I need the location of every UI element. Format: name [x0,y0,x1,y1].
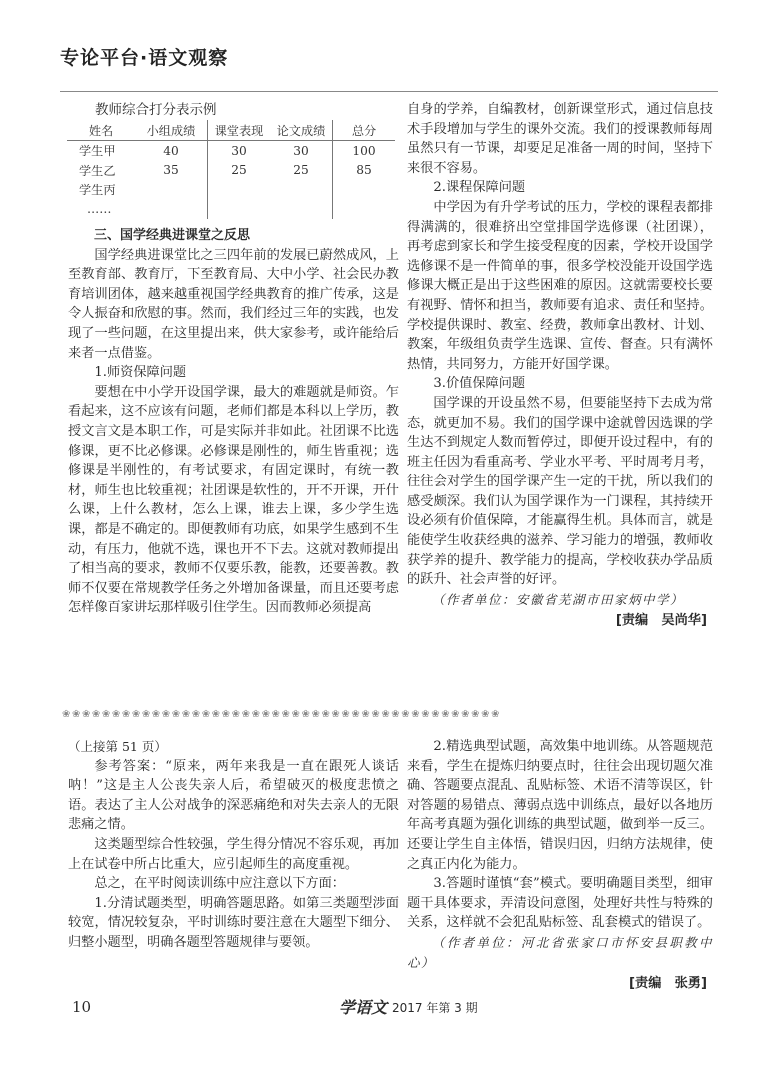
table-header: 论文成绩 [270,120,333,141]
paragraph: 国学课的开设虽然不易，但要能坚持下去成为常态，就更加不易。我们的国学课中途就曾因… [407,394,713,590]
paragraph: 这类题型综合性较强，学生得分情况不容乐观，再加上在试卷中所占比重大，应引起师生的… [68,835,399,874]
section-header-title: 专论平台·语文观察 [60,43,228,70]
page-number: 10 [72,998,91,1016]
table-row: 学生乙 35 25 25 85 [67,161,395,181]
issue-label: 2017 年第 3 期 [392,999,478,1016]
table-row: 学生丙 [67,180,395,200]
table-row: …… [67,200,395,220]
article2-right-column: 2.精选典型试题，高效集中地训练。从答题规范来看，学生在提炼归纳要点时，往往会出… [407,737,713,994]
subheading: 2.课程保障问题 [407,178,713,198]
table-header: 姓名 [67,120,135,141]
article1-right-column: 自身的学养，自编教材，创新课堂形式，通过信息技术手段增加与学生的课外交流。我们的… [407,100,713,631]
table-header: 小组成绩 [135,120,208,141]
table-row: 学生甲 40 30 30 100 [67,141,395,161]
paragraph: 参考答案：“原来，两年来我是一直在跟死人谈话呐！”这是主人公丧失亲人后，希望破灭… [68,757,399,835]
header-rule [60,91,718,92]
editor-credit: [责编 张勇] [407,974,713,994]
paragraph: 自身的学养，自编教材，创新课堂形式，通过信息技术手段增加与学生的课外交流。我们的… [407,100,713,178]
paragraph: 要想在中小学开设国学课，最大的难题就是师资。乍看起来，这不应该有问题，老师们都是… [68,383,399,618]
flower-divider: ❀❀❀❀❀❀❀❀❀❀❀❀❀❀❀❀❀❀❀❀❀❀❀❀❀❀❀❀❀❀❀❀❀❀❀❀❀❀❀❀… [62,709,718,720]
paragraph: 国学经典进课堂比之三四年前的发展已蔚然成风，上至教育部、教育厅，下至教育局、大中… [68,246,399,364]
score-table: 姓名 小组成绩 课堂表现 论文成绩 总分 学生甲 40 30 30 100 学生… [67,120,395,219]
paragraph: 中学因为有升学考试的压力，学校的课程表都排得满满的，很难挤出空堂排国学选修课（社… [407,198,713,374]
paragraph: 2.精选典型试题，高效集中地训练。从答题规范来看，学生在提炼归纳要点时，往往会出… [407,737,713,874]
paragraph: 3.答题时谨慎“套”模式。要明确题目类型，细审题干具体要求，弄清设问意图，处理好… [407,874,713,933]
table-caption: 教师综合打分表示例 [95,98,217,118]
article2-left-column: （上接第 51 页） 参考答案：“原来，两年来我是一直在跟死人谈话呐！”这是主人… [68,737,399,953]
table-header: 课堂表现 [208,120,271,141]
paragraph: 1.分清试题类型，明确答题思路。如第三类题型涉面较宽，情况较复杂，平时训练时要注… [68,894,399,953]
editor-credit: [责编 吴尚华] [407,611,713,631]
continued-note: （上接第 51 页） [68,737,399,757]
author-unit: （作者单位：安徽省芜湖市田家炳中学） [407,590,713,610]
subheading: 1.师资保障问题 [68,363,399,383]
journal-logo: 学语文 [339,995,387,1018]
table-header: 总分 [333,120,396,141]
article1-left-column: 三、国学经典进课堂之反思 国学经典进课堂比之三四年前的发展已蔚然成风，上至教育部… [68,226,399,618]
paragraph: 总之，在平时阅读训练中应注意以下方面： [68,874,399,894]
author-unit: （作者单位：河北省张家口市怀安县职教中心） [407,933,713,972]
subheading: 3.价值保障问题 [407,374,713,394]
section-heading: 三、国学经典进课堂之反思 [68,226,399,246]
